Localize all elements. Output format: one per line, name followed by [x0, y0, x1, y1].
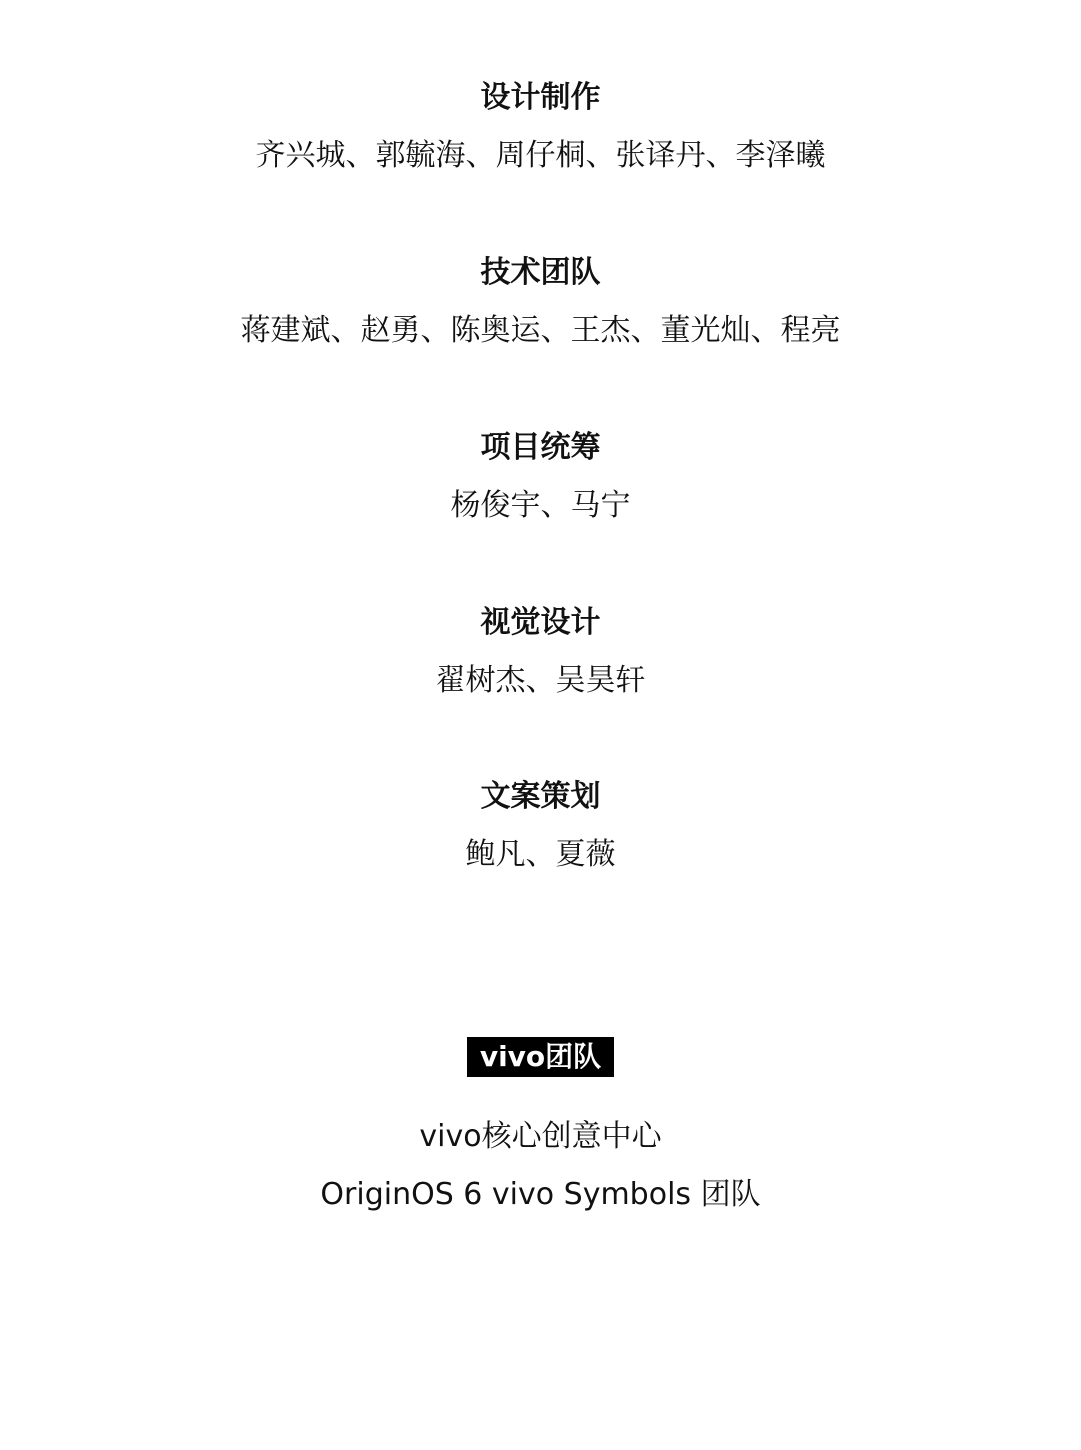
- credit-section-visual-design: 视觉设计 翟树杰、吴昊轩: [0, 603, 1081, 701]
- section-heading: 视觉设计: [0, 603, 1081, 643]
- vivo-team-line-creative-center: vivo核心创意中心: [0, 1117, 1081, 1157]
- section-heading: 项目统筹: [0, 428, 1081, 468]
- section-names: 齐兴城、郭毓海、周仔桐、张译丹、李泽曦: [0, 136, 1081, 176]
- vivo-team-badge-wrap: vivo团队: [0, 1037, 1081, 1077]
- credit-section-copywriting: 文案策划 鲍凡、夏薇: [0, 777, 1081, 875]
- section-names: 杨俊宇、马宁: [0, 486, 1081, 526]
- credit-section-tech-team: 技术团队 蒋建斌、赵勇、陈奥运、王杰、董光灿、程亮: [0, 253, 1081, 351]
- vivo-team-badge: vivo团队: [467, 1037, 614, 1077]
- credit-section-project-coordination: 项目统筹 杨俊宇、马宁: [0, 428, 1081, 526]
- section-heading: 设计制作: [0, 78, 1081, 118]
- vivo-team-line-symbols-team: OriginOS 6 vivo Symbols 团队: [0, 1175, 1081, 1215]
- section-names: 蒋建斌、赵勇、陈奥运、王杰、董光灿、程亮: [0, 311, 1081, 351]
- section-names: 鲍凡、夏薇: [0, 835, 1081, 875]
- section-names: 翟树杰、吴昊轩: [0, 661, 1081, 701]
- credit-section-design-production: 设计制作 齐兴城、郭毓海、周仔桐、张译丹、李泽曦: [0, 78, 1081, 176]
- section-heading: 文案策划: [0, 777, 1081, 817]
- section-heading: 技术团队: [0, 253, 1081, 293]
